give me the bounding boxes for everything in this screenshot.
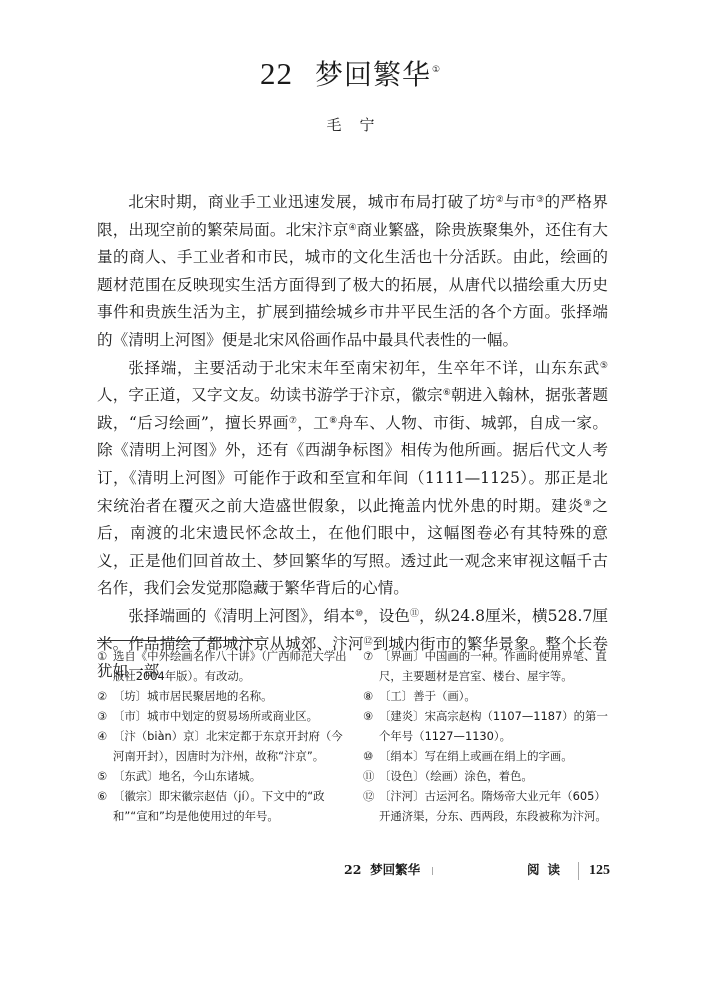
footnote-text: 选自《中外绘画名作八十讲》（广西师范大学出版社2004年版）。有改动。	[113, 649, 347, 683]
footnote-divider	[97, 640, 267, 641]
author: 毛宁	[0, 114, 701, 136]
footnote-text: 〔设色〕（绘画）涂色，着色。	[379, 769, 533, 783]
footnote-ref: ③	[536, 195, 544, 205]
footnote-mark: ⑪	[363, 766, 379, 786]
article-body: 北宋时期，商业手工业迅速发展，城市布局打破了坊②与市③的严格界限，出现空前的繁荣…	[97, 189, 608, 686]
footer-chapter-label: 22 梦回繁华	[344, 862, 420, 877]
footnote-text: 〔界画〕中国画的一种。作画时使用界笔、直尺，主要题材是宫室、楼台、屋宇等。	[379, 649, 607, 683]
footnote-item: ④〔汴（biàn）京〕北宋定都于东京开封府（今河南开封），因唐时为汴州，故称“汴…	[97, 726, 352, 766]
footnote-ref: ⑪	[410, 609, 419, 619]
footnote-ref: ⑩	[355, 609, 363, 619]
running-footer-chapter: 22 梦回繁华	[344, 861, 433, 879]
page-number: 125	[589, 863, 610, 878]
paragraph-2: 张择端，主要活动于北宋末年至南宋初年，生卒年不详，山东东武⑤人，字正道，又字文友…	[97, 355, 608, 603]
footnote-item: ⑨〔建炎〕宋高宗赵构（1107—1187）的第一个年号（1127—1130）。	[363, 706, 613, 746]
running-footer-page: 阅读125	[527, 861, 610, 880]
footer-divider	[432, 867, 433, 875]
footer-section: 阅读	[527, 862, 568, 877]
footnote-mark: ⑩	[363, 746, 379, 766]
footnote-item: ②〔坊〕城市居民聚居地的名称。	[97, 686, 352, 706]
footnote-ref: ⑤	[600, 361, 608, 371]
footnote-text: 〔徽宗〕即宋徽宗赵佶（jí）。下文中的“政和”“宣和”均是他使用过的年号。	[113, 789, 325, 823]
footnote-item: ③〔市〕城市中划定的贸易场所或商业区。	[97, 706, 352, 726]
footnote-text: 〔东武〕地名，今山东诸城。	[113, 769, 261, 783]
chapter-number: 22	[260, 56, 293, 91]
footnote-ref: ⑨	[584, 499, 593, 509]
footnote-text: 〔建炎〕宋高宗赵构（1107—1187）的第一个年号（1127—1130）。	[379, 709, 608, 743]
footnote-text: 〔坊〕城市居民聚居地的名称。	[113, 689, 272, 703]
footnote-ref: ⑥	[443, 388, 451, 398]
footnote-text: 〔汴（biàn）京〕北宋定都于东京开封府（今河南开封），因唐时为汴州，故称“汴京…	[113, 729, 343, 763]
footnote-mark: ⑤	[97, 766, 113, 786]
footnote-item: ⑫〔汴河〕古运河名。隋炀帝大业元年（605）开通济渠，分东、西两段，东段被称为汴…	[363, 786, 613, 826]
footnote-mark: ⑥	[97, 786, 113, 806]
footnote-text: 〔工〕善于（画）。	[379, 689, 476, 703]
footnote-mark: ⑧	[363, 686, 379, 706]
footnote-item: ⑦〔界画〕中国画的一种。作画时使用界笔、直尺，主要题材是宫室、楼台、屋宇等。	[363, 646, 613, 686]
footnote-item: ⑩〔绢本〕写在绢上或画在绢上的字画。	[363, 746, 613, 766]
footnote-mark: ①	[97, 646, 113, 666]
footnote-mark: ⑦	[363, 646, 379, 666]
page-title: 22梦回繁华①	[0, 56, 701, 93]
footnote-item: ①选自《中外绘画名作八十讲》（广西师范大学出版社2004年版）。有改动。	[97, 646, 352, 686]
footnote-text: 〔绢本〕写在绢上或画在绢上的字画。	[379, 749, 573, 763]
footnote-mark: ⑨	[363, 706, 379, 726]
footnotes-right-column: ⑦〔界画〕中国画的一种。作画时使用界笔、直尺，主要题材是宫室、楼台、屋宇等。⑧〔…	[363, 646, 613, 826]
footer-divider	[578, 862, 579, 880]
footnote-ref: ②	[496, 195, 504, 205]
paragraph-1: 北宋时期，商业手工业迅速发展，城市布局打破了坊②与市③的严格界限，出现空前的繁荣…	[97, 189, 608, 355]
footnote-text: 〔汴河〕古运河名。隋炀帝大业元年（605）开通济渠，分东、西两段，东段被称为汴河…	[379, 789, 607, 823]
footnote-ref: ⑫	[364, 637, 373, 647]
footnote-text: 〔市〕城市中划定的贸易场所或商业区。	[113, 709, 318, 723]
footnote-item: ⑧〔工〕善于（画）。	[363, 686, 613, 706]
footnotes-left-column: ①选自《中外绘画名作八十讲》（广西师范大学出版社2004年版）。有改动。②〔坊〕…	[97, 646, 352, 826]
footnote-mark: ④	[97, 726, 113, 746]
footnote-ref: ⑧	[329, 416, 337, 426]
footnote-mark: ⑫	[363, 786, 379, 806]
footnote-item: ⑤〔东武〕地名，今山东诸城。	[97, 766, 352, 786]
footnote-mark: ③	[97, 706, 113, 726]
footnote-ref: ④	[348, 223, 356, 233]
title-footnote-mark: ①	[432, 65, 441, 75]
footnote-item: ⑪〔设色〕（绘画）涂色，着色。	[363, 766, 613, 786]
footnote-item: ⑥〔徽宗〕即宋徽宗赵佶（jí）。下文中的“政和”“宣和”均是他使用过的年号。	[97, 786, 352, 826]
footnote-mark: ②	[97, 686, 113, 706]
title-text: 梦回繁华	[315, 58, 431, 91]
footnote-ref: ⑦	[289, 416, 297, 426]
